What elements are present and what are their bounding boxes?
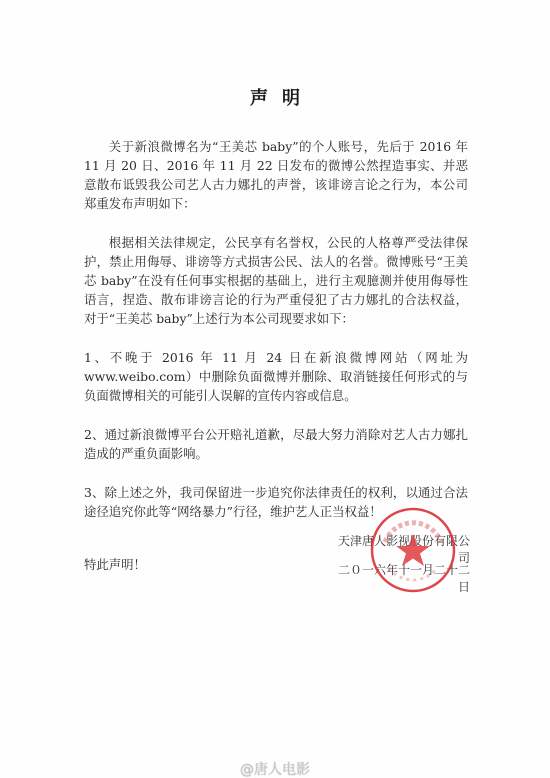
document-page: 声明 关于新浪微博名为“王美芯 baby”的个人账号，先后于 2016 年 11… [0,0,550,778]
document-body: 关于新浪微博名为“王美芯 baby”的个人账号，先后于 2016 年 11 月 … [84,137,468,584]
demand-item-2: 2、通过新浪微博平台公开赔礼道歉，尽最大努力消除对艺人古力娜扎造成的严重负面影响… [84,425,468,463]
demand-item-1: 1、不晚于 2016 年 11 月 24 日在新浪微博网站（网址为 www.we… [84,348,468,405]
intro-paragraph: 关于新浪微博名为“王美芯 baby”的个人账号，先后于 2016 年 11 月 … [84,137,468,213]
weibo-watermark: @唐人电影 [0,759,550,778]
demand-item-3: 3、除上述之外，我司保留进一步追究你法律责任的权利，以通过合法途径追究你此等“网… [84,483,468,521]
document-title: 声明 [0,84,550,110]
legal-basis-paragraph: 根据相关法律规定，公民享有名誉权，公民的人格尊严受法律保护，禁止用侮辱、诽谤等方… [84,233,468,328]
signature-date: 二０一六年十一月二十二日 [330,561,470,595]
